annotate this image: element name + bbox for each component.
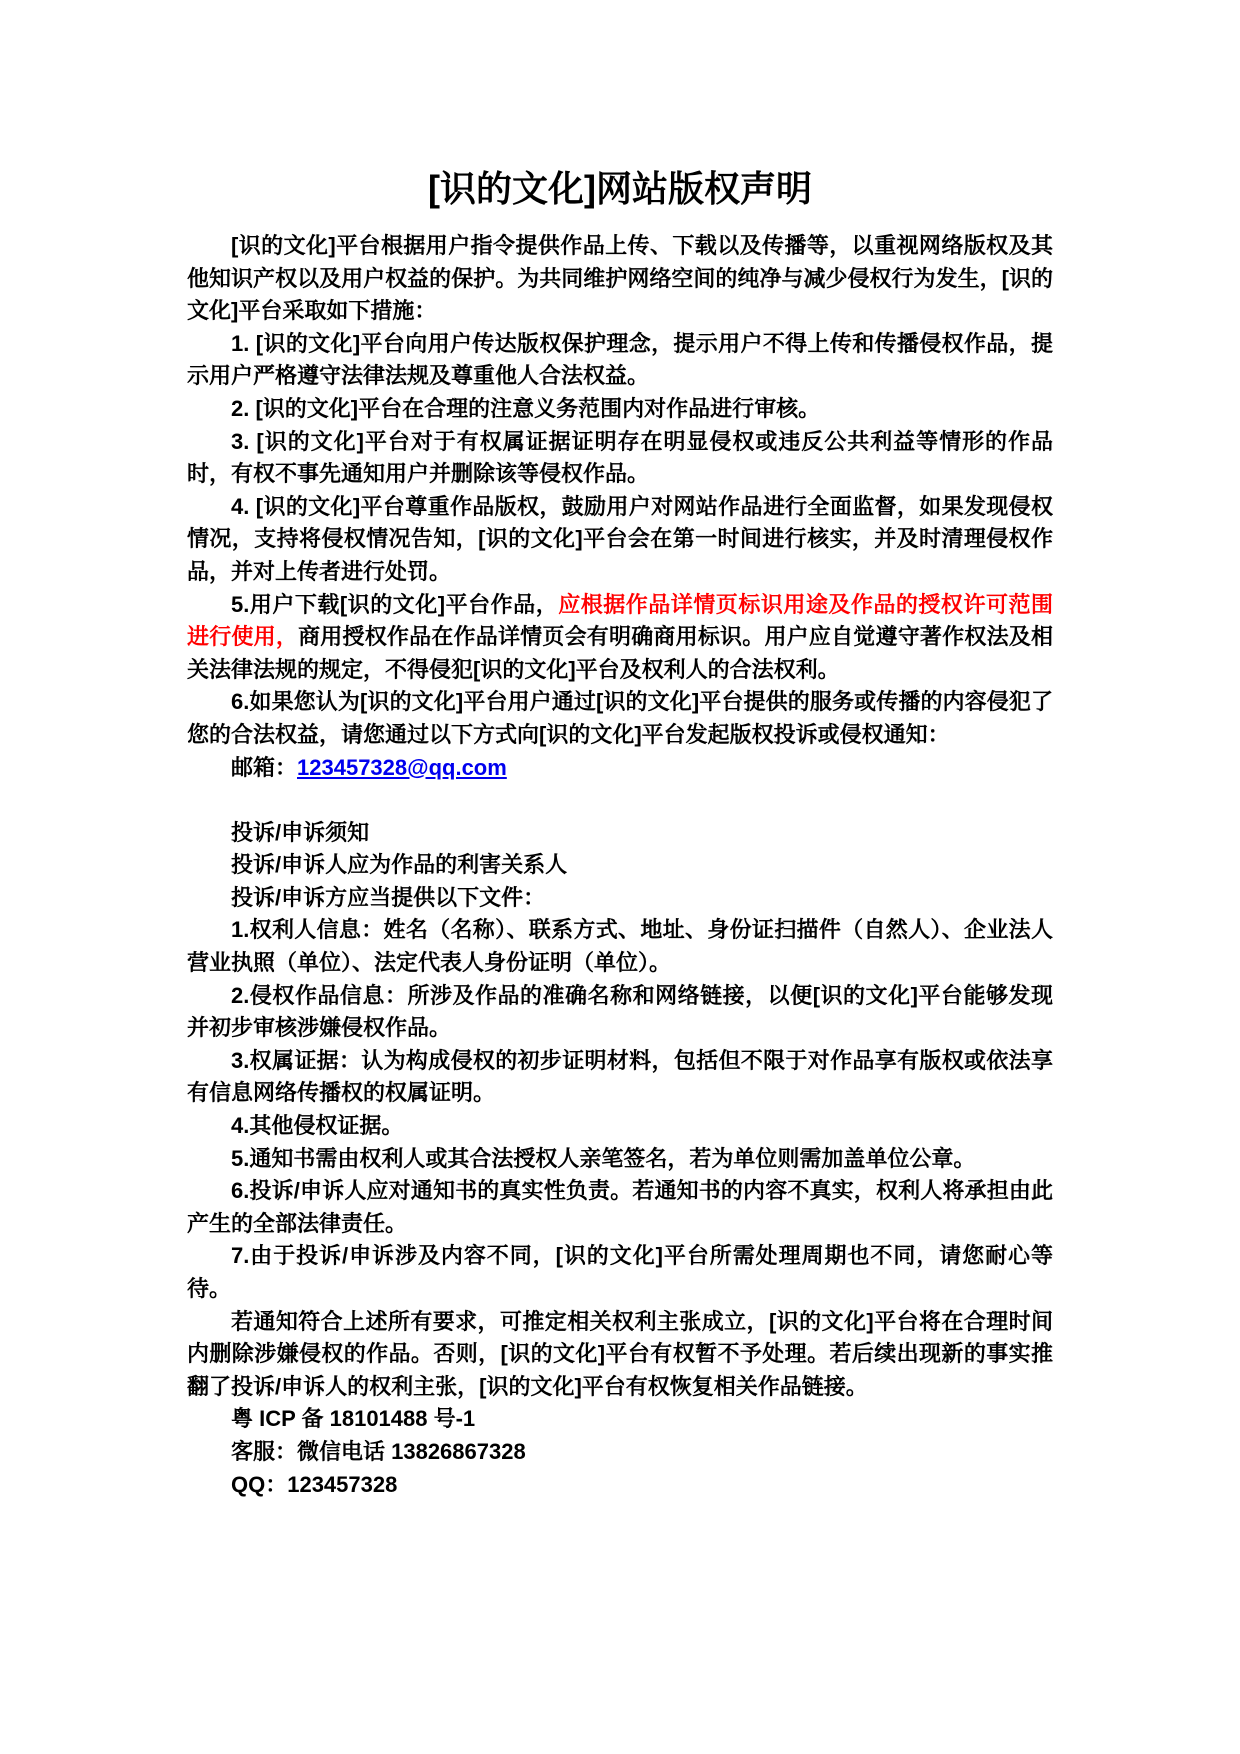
notice-item-3: 3.权属证据：认为构成侵权的初步证明材料，包括但不限于对作品享有版权或依法享有信… [187, 1045, 1053, 1110]
measure-paragraph-1: 1. [识的文化]平台向用户传达版权保护理念，提示用户不得上传和传播侵权作品，提… [187, 328, 1053, 393]
notice-item-4: 4.其他侵权证据。 [187, 1110, 1053, 1143]
notice-item-1: 1.权利人信息：姓名（名称）、联系方式、地址、身份证扫描件（自然人）、企业法人营… [187, 914, 1053, 979]
notice-item-7: 7.由于投诉/申诉涉及内容不同，[识的文化]平台所需处理周期也不同，请您耐心等待… [187, 1240, 1053, 1305]
footer-service-line: 客服：微信电话 13826867328 [187, 1436, 1053, 1469]
email-label: 邮箱： [231, 755, 297, 780]
notice-line-1: 投诉/申诉人应为作品的利害关系人 [187, 849, 1053, 882]
blank-line [187, 784, 1053, 817]
measure-paragraph-2: 2. [识的文化]平台在合理的注意义务范围内对作品进行审核。 [187, 393, 1053, 426]
document-page: [识的文化]网站版权声明 [识的文化]平台根据用户指令提供作品上传、下载以及传播… [0, 0, 1240, 1754]
notice-item-6: 6.投诉/申诉人应对通知书的真实性负责。若通知书的内容不真实，权利人将承担由此产… [187, 1175, 1053, 1240]
measure-paragraph-6: 6.如果您认为[识的文化]平台用户通过[识的文化]平台提供的服务或传播的内容侵犯… [187, 686, 1053, 751]
notice-heading: 投诉/申诉须知 [187, 817, 1053, 850]
notice-item-5: 5.通知书需由权利人或其合法授权人亲笔签名，若为单位则需加盖单位公章。 [187, 1143, 1053, 1176]
document-body: [识的文化]平台根据用户指令提供作品上传、下载以及传播等，以重视网络版权及其他知… [187, 230, 1053, 1501]
footer-qq-line: QQ：123457328 [187, 1469, 1053, 1502]
footer-icp-line: 粤 ICP 备 18101488 号-1 [187, 1403, 1053, 1436]
notice-line-2: 投诉/申诉方应当提供以下文件： [187, 882, 1053, 915]
clause5-suffix: 商用授权作品在作品详情页会有明确商用标识。用户应自觉遵守著作权法及相关法律法规的… [187, 624, 1053, 682]
measure-paragraph-5: 5.用户下载[识的文化]平台作品，应根据作品详情页标识用途及作品的授权许可范围进… [187, 589, 1053, 687]
email-line: 邮箱：123457328@qq.com [187, 752, 1053, 785]
measure-paragraph-4: 4. [识的文化]平台尊重作品版权，鼓励用户对网站作品进行全面监督，如果发现侵权… [187, 491, 1053, 589]
measure-paragraph-3: 3. [识的文化]平台对于有权属证据证明存在明显侵权或违反公共利益等情形的作品时… [187, 426, 1053, 491]
notice-closing-paragraph: 若通知符合上述所有要求，可推定相关权利主张成立，[识的文化]平台将在合理时间内删… [187, 1306, 1053, 1404]
page-title: [识的文化]网站版权声明 [187, 167, 1053, 211]
notice-item-2: 2.侵权作品信息：所涉及作品的准确名称和网络链接，以便[识的文化]平台能够发现并… [187, 980, 1053, 1045]
clause5-prefix: 5.用户下载[识的文化]平台作品， [231, 592, 558, 617]
intro-paragraph: [识的文化]平台根据用户指令提供作品上传、下载以及传播等，以重视网络版权及其他知… [187, 230, 1053, 328]
email-link[interactable]: 123457328@qq.com [297, 755, 507, 780]
